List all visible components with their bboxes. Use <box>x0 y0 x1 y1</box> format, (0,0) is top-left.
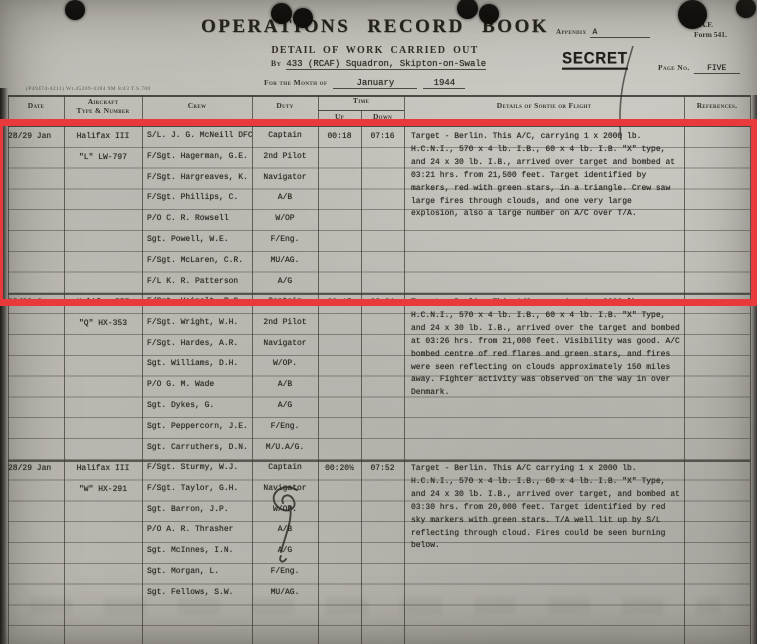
month-label: For the Month of <box>264 78 327 87</box>
sortie-details: Target - Berlin. This A/C, carrying 1 x … <box>411 297 684 400</box>
crew-name: Sgt. Carruthers, D.N. <box>147 443 251 452</box>
squadron-name: 433 (RCAF) Squadron, Skipton-on-Swale <box>286 59 486 70</box>
appendix-value: A <box>590 28 650 38</box>
crew-duty: F/Eng. <box>252 567 318 576</box>
page-number-label: Page No. <box>658 63 690 72</box>
operations-record-book-page: OPERATIONS RECORD BOOK DETAIL OF WORK CA… <box>0 0 757 644</box>
crew-duty: A/G <box>252 401 318 410</box>
form-print-code: (P49474-4211) Wt.45209-4384 9M 8/43 T.S.… <box>26 86 151 92</box>
crew-duty: F/Eng. <box>252 422 318 431</box>
crew-name: Sgt. Dykes, G. <box>147 401 251 410</box>
crew-duty: W/OP. <box>252 359 318 368</box>
crew-duty: Captain <box>252 463 318 472</box>
month-value: January <box>333 78 417 89</box>
raf-form-number: Form 541. <box>694 30 727 39</box>
highlight-rectangle <box>0 119 757 306</box>
crew-name: Sgt. Williams, D.H. <box>147 359 251 368</box>
column-header-time: Time <box>318 96 404 105</box>
page-number-line: Page No. FIVE <box>658 63 740 74</box>
column-header-references: References. <box>684 101 750 110</box>
crew-duty: Navigator <box>252 484 318 493</box>
year-value: 1944 <box>423 78 465 89</box>
crew-duty: A/B <box>252 380 318 389</box>
punch-hole <box>678 0 707 29</box>
sortie-details: Target - Berlin. This A/C carrying 1 x 2… <box>411 463 684 553</box>
secret-stamp: SECRET <box>562 49 628 70</box>
crew-duty: 2nd Pilot <box>252 318 318 327</box>
by-label: By <box>271 59 281 68</box>
crew-name: F/Sgt. Taylor, G.H. <box>147 484 251 493</box>
punch-hole <box>271 3 292 24</box>
crew-duty: W/OP. <box>252 505 318 514</box>
column-header-aircraft: Aircraft <box>64 97 142 106</box>
column-header-duty: Duty <box>252 101 318 110</box>
record-separator <box>8 460 750 462</box>
punch-hole <box>479 4 499 24</box>
crew-name: P/O G. M. Wade <box>147 380 251 389</box>
crew-name: P/O A. R. Thrasher <box>147 525 251 534</box>
appendix-label: Appendix <box>556 28 586 36</box>
crew-duty: A/G <box>252 546 318 555</box>
crew-name: Sgt. McInnes, I.N. <box>147 546 251 555</box>
page-number-value: FIVE <box>694 64 740 74</box>
punch-hole <box>293 8 313 28</box>
crew-duty: M/U.A/G. <box>252 443 318 452</box>
month-line: For the Month of January 1944 <box>264 78 465 89</box>
column-header-details: Details of Sortie or Flight <box>404 101 684 110</box>
page-title: OPERATIONS RECORD BOOK <box>180 16 570 38</box>
bleedthrough-smudge <box>30 598 720 614</box>
crew-name: Sgt. Morgan, L. <box>147 567 251 576</box>
crew-name: Sgt. Peppercorn, J.E. <box>147 422 251 431</box>
unit-line: By 433 (RCAF) Squadron, Skipton-on-Swale <box>0 59 757 70</box>
appendix-line: Appendix A <box>556 28 650 38</box>
punch-hole <box>736 0 756 18</box>
column-header-crew: Crew <box>142 101 252 110</box>
crew-duty: A/B <box>252 525 318 534</box>
crew-name: Sgt. Fellows, S.W. <box>147 588 251 597</box>
column-header-aircraft-2: Type & Number <box>64 106 142 115</box>
crew-name: F/Sgt. Wright, W.H. <box>147 318 251 327</box>
column-header-date: Date <box>8 101 64 110</box>
page-subtitle: DETAIL OF WORK CARRIED OUT <box>180 45 570 56</box>
punch-hole <box>65 0 85 20</box>
crew-name: F/Sgt. Sturmy, W.J. <box>147 463 251 472</box>
crew-name: Sgt. Barron, J.P. <box>147 505 251 514</box>
crew-name: F/Sgt. Hardes, A.R. <box>147 339 251 348</box>
crew-duty: MU/AG. <box>252 588 318 597</box>
crew-duty: Navigator <box>252 339 318 348</box>
